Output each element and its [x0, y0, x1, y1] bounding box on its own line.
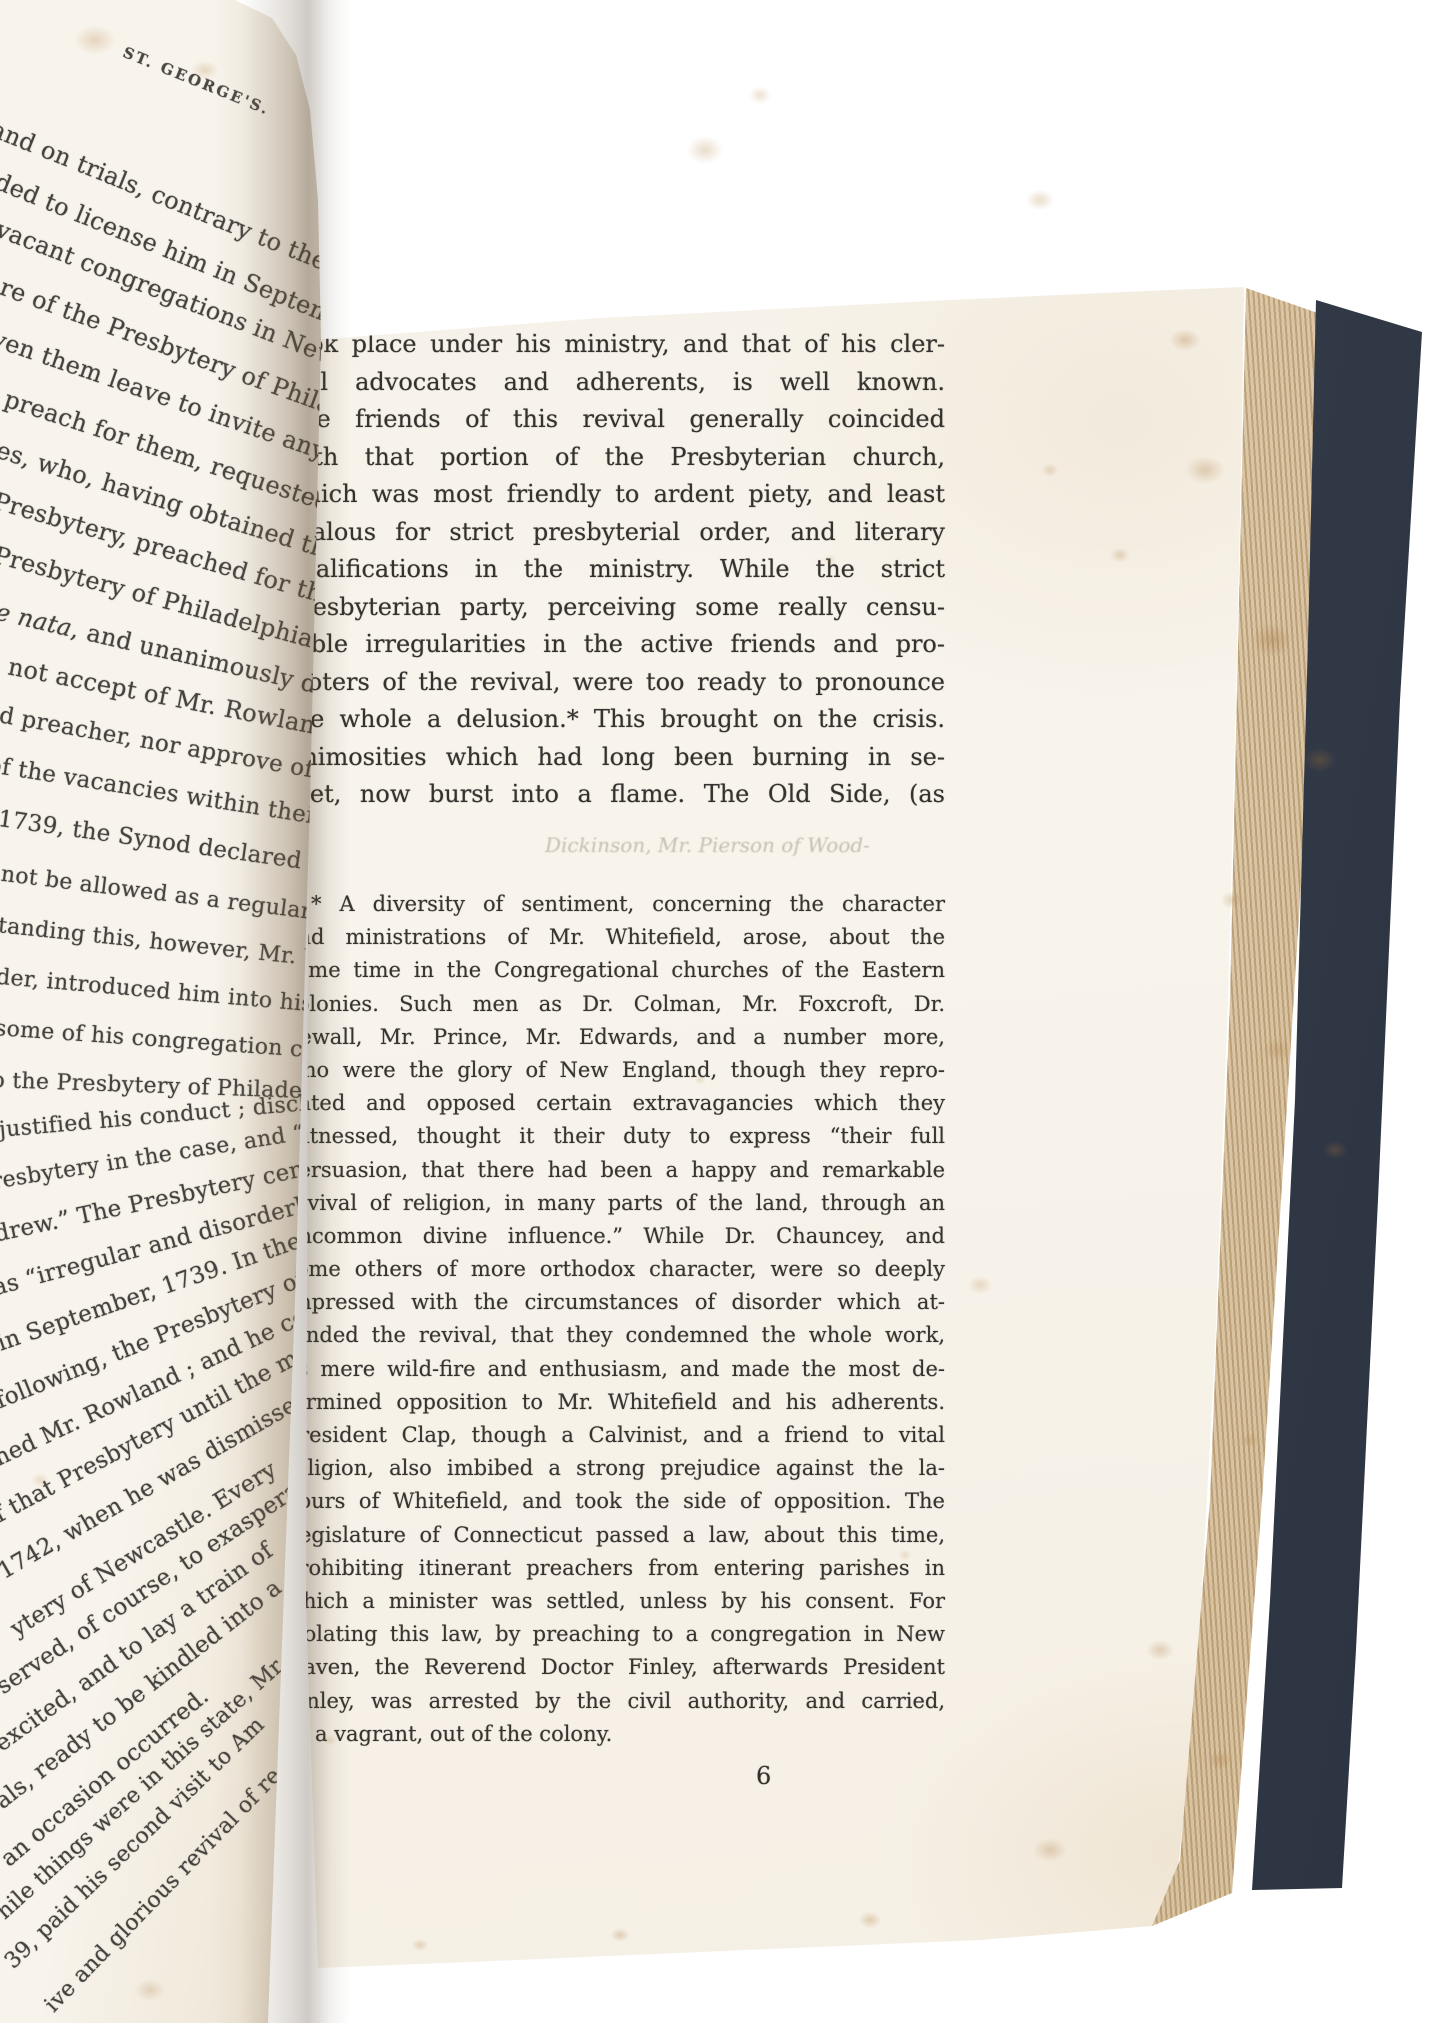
footnote-line: President Clap, though a Calvinist, and …: [285, 1419, 945, 1452]
footnote-line: persuasion, that there had been a happy …: [285, 1154, 945, 1187]
body-line: moters of the revival, were too ready to…: [285, 664, 945, 702]
body-line: which was most friendly to ardent piety,…: [285, 476, 945, 514]
footnote-line: impressed with the circumstances of diso…: [285, 1286, 945, 1319]
footnote-line: revival of religion, in many parts of th…: [285, 1187, 945, 1220]
body-line: the whole a delusion.* This brought on t…: [285, 701, 945, 739]
footnote-line: termined opposition to Mr. Whitefield an…: [285, 1386, 945, 1419]
footnote-line: tended the revival, that they condemned …: [285, 1319, 945, 1352]
footnote-text: * A diversity of sentiment, concerning t…: [285, 888, 945, 1751]
footnote-line: and ministrations of Mr. Whitefield, aro…: [285, 921, 945, 954]
footnote-line: uncommon divine influence.” While Dr. Ch…: [285, 1220, 945, 1253]
body-line: rable irregularities in the active frien…: [285, 626, 945, 664]
signature-mark: 6: [756, 1762, 771, 1790]
body-line: took place under his ministry, and that …: [285, 326, 945, 364]
body-line: ical advocates and adherents, is well kn…: [285, 364, 945, 402]
running-head: ST. GEORGE'S.: [560, 238, 749, 259]
footnote-line: as mere wild-fire and enthusiasm, and ma…: [285, 1353, 945, 1386]
body-line: qualifications in the ministry. While th…: [285, 551, 945, 589]
footnote-line: same time in the Congregational churches…: [285, 954, 945, 987]
left-page: ST. GEORGE'S. land on trials, contrary t…: [0, 0, 340, 2023]
bleedthrough-text: Dickinson, Mr. Pierson of Wood-: [545, 833, 965, 857]
body-text: took place under his ministry, and that …: [285, 326, 945, 814]
footnote-line: prohibiting itinerant preachers from ent…: [285, 1552, 945, 1585]
body-line: Animosities which had long been burning …: [285, 739, 945, 777]
footnote-line: Finley, was arrested by the civil author…: [285, 1685, 945, 1718]
footnote-line: bated and opposed certain extravagancies…: [285, 1087, 945, 1120]
body-line: The friends of this revival generally co…: [285, 401, 945, 439]
footnote-line: * A diversity of sentiment, concerning t…: [285, 888, 945, 921]
body-line: zealous for strict presbyterial order, a…: [285, 514, 945, 552]
footnote-line: Sewall, Mr. Prince, Mr. Edwards, and a n…: [285, 1021, 945, 1054]
footnote-line: Haven, the Reverend Doctor Finley, after…: [285, 1651, 945, 1684]
footnote-line: religion, also imbibed a strong prejudic…: [285, 1452, 945, 1485]
footnote-line: violating this law, by preaching to a co…: [285, 1618, 945, 1651]
page-curl-shading: [0, 0, 340, 2023]
page-number: 65: [1112, 222, 1150, 257]
footnote-line: which a minister was settled, unless by …: [285, 1585, 945, 1618]
footnote-line: witnessed, thought it their duty to expr…: [285, 1120, 945, 1153]
footnote-line: colonies. Such men as Dr. Colman, Mr. Fo…: [285, 988, 945, 1021]
footnote-line: who were the glory of New England, thoug…: [285, 1054, 945, 1087]
body-line: with that portion of the Presbyterian ch…: [285, 439, 945, 477]
body-line: cret, now burst into a flame. The Old Si…: [285, 776, 945, 814]
footnote-line: bours of Whitefield, and took the side o…: [285, 1485, 945, 1518]
body-line: Presbyterian party, perceiving some real…: [285, 589, 945, 627]
book-photo: ST. GEORGE'S. 65 took place under his mi…: [0, 0, 1445, 2023]
footnote-line: Legislature of Connecticut passed a law,…: [285, 1519, 945, 1552]
footnote-line: some others of more orthodox character, …: [285, 1253, 945, 1286]
